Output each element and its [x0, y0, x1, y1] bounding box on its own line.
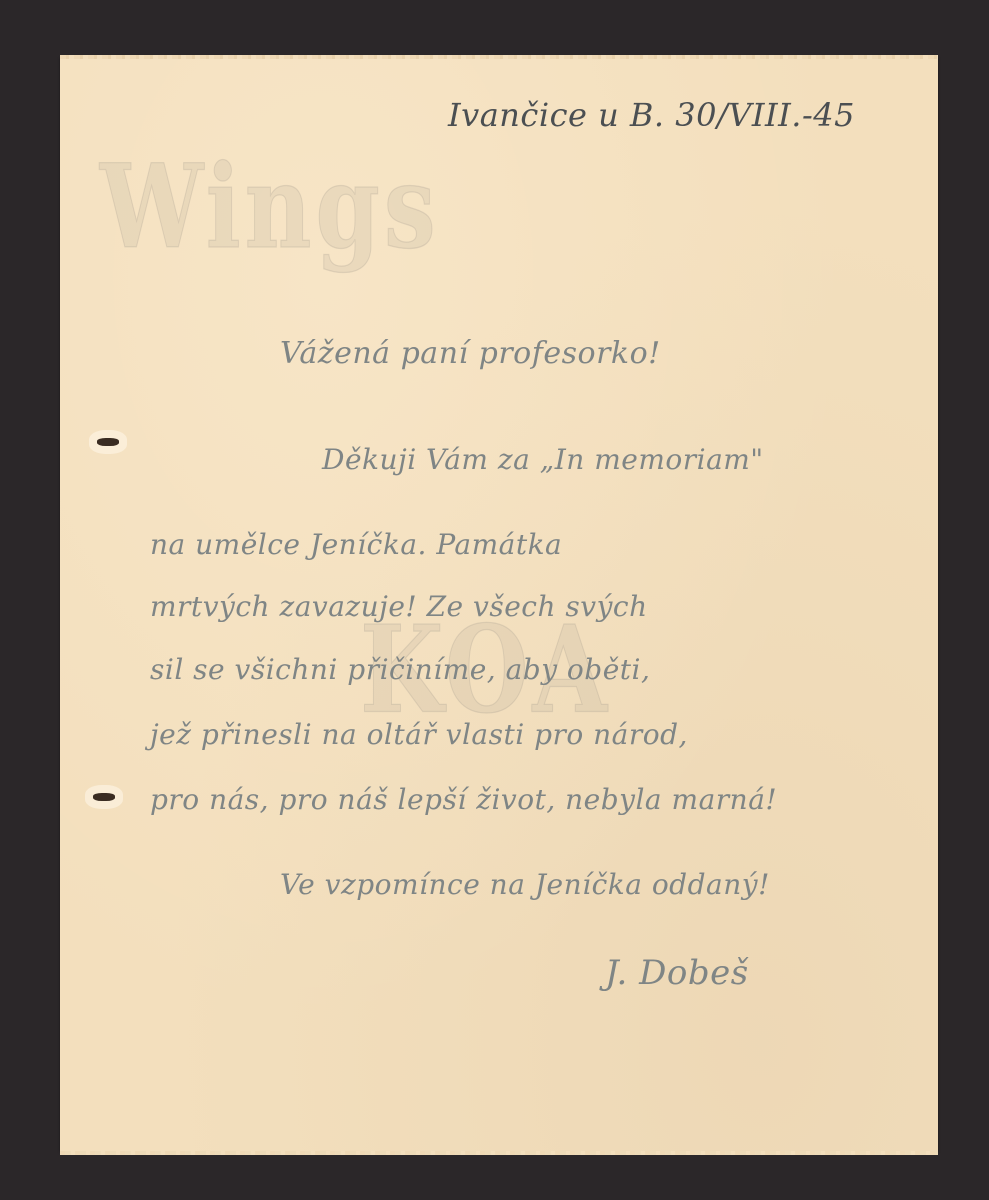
- punch-hole-bottom: [93, 793, 115, 801]
- body-line: mrtvých zavazuje! Ze všech svých: [150, 590, 648, 623]
- body-line: jež přinesli na oltář vlasti pro národ,: [150, 718, 688, 751]
- body-line: sil se všichni přičiníme, aby oběti,: [150, 653, 650, 686]
- letter-paper: Wings KOA Ivančice u B. 30/VIII.-45 Váže…: [60, 58, 938, 1152]
- body-line: pro nás, pro náš lepší život, nebyla mar…: [150, 783, 777, 816]
- punch-hole-top: [97, 438, 119, 446]
- watermark-top: Wings: [100, 140, 440, 275]
- place-date: Ivančice u B. 30/VIII.-45: [448, 96, 855, 134]
- body-line: Děkuji Vám za „In memoriam": [322, 443, 764, 476]
- signature: J. Dobeš: [605, 953, 749, 993]
- greeting: Vážená paní profesorko!: [280, 336, 661, 371]
- body-line: na umělce Jeníčka. Památka: [150, 528, 562, 561]
- closing: Ve vzpomínce na Jeníčka oddaný!: [280, 868, 770, 901]
